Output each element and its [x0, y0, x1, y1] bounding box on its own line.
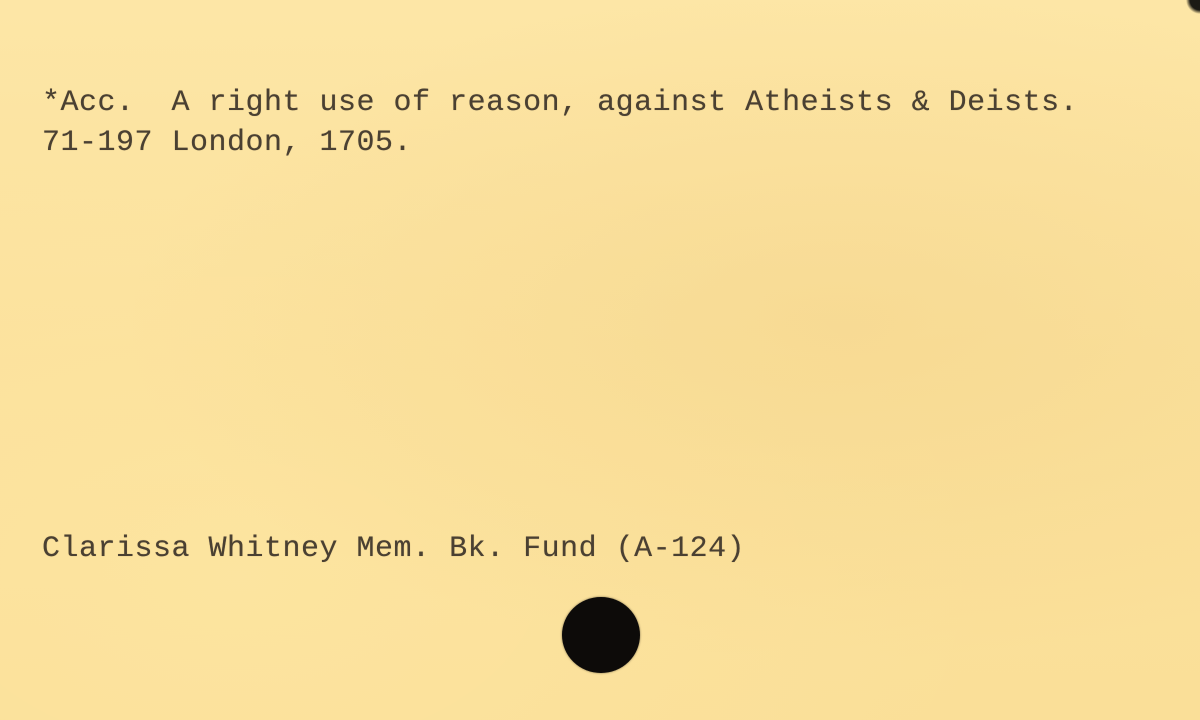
- call-number-imprint-line: 71-197 London, 1705.: [42, 126, 412, 160]
- punch-hole: [562, 597, 640, 673]
- title-line: *Acc. A right use of reason, against Ath…: [42, 86, 1078, 120]
- catalog-card: *Acc. A right use of reason, against Ath…: [0, 0, 1200, 720]
- card-corner-shadow: [1182, 0, 1200, 18]
- fund-note-line: Clarissa Whitney Mem. Bk. Fund (A-124): [42, 532, 745, 566]
